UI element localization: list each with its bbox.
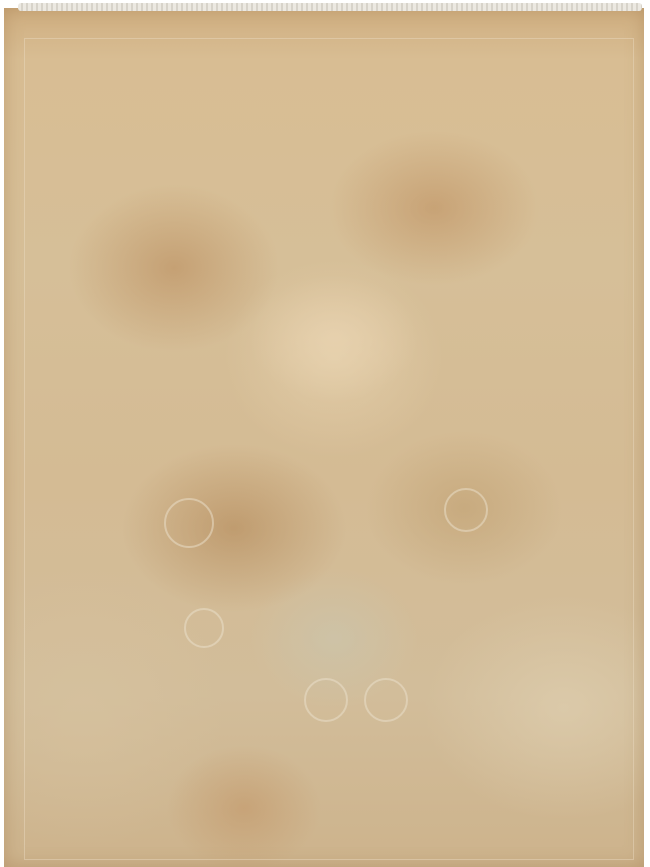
floral-motif xyxy=(364,678,408,722)
floral-motif xyxy=(184,608,224,648)
floral-motif xyxy=(304,678,348,722)
floral-motif xyxy=(164,498,214,548)
central-medallion xyxy=(224,258,444,458)
rug xyxy=(4,8,644,867)
floral-motif xyxy=(444,488,488,532)
rug-fringe xyxy=(18,3,642,11)
